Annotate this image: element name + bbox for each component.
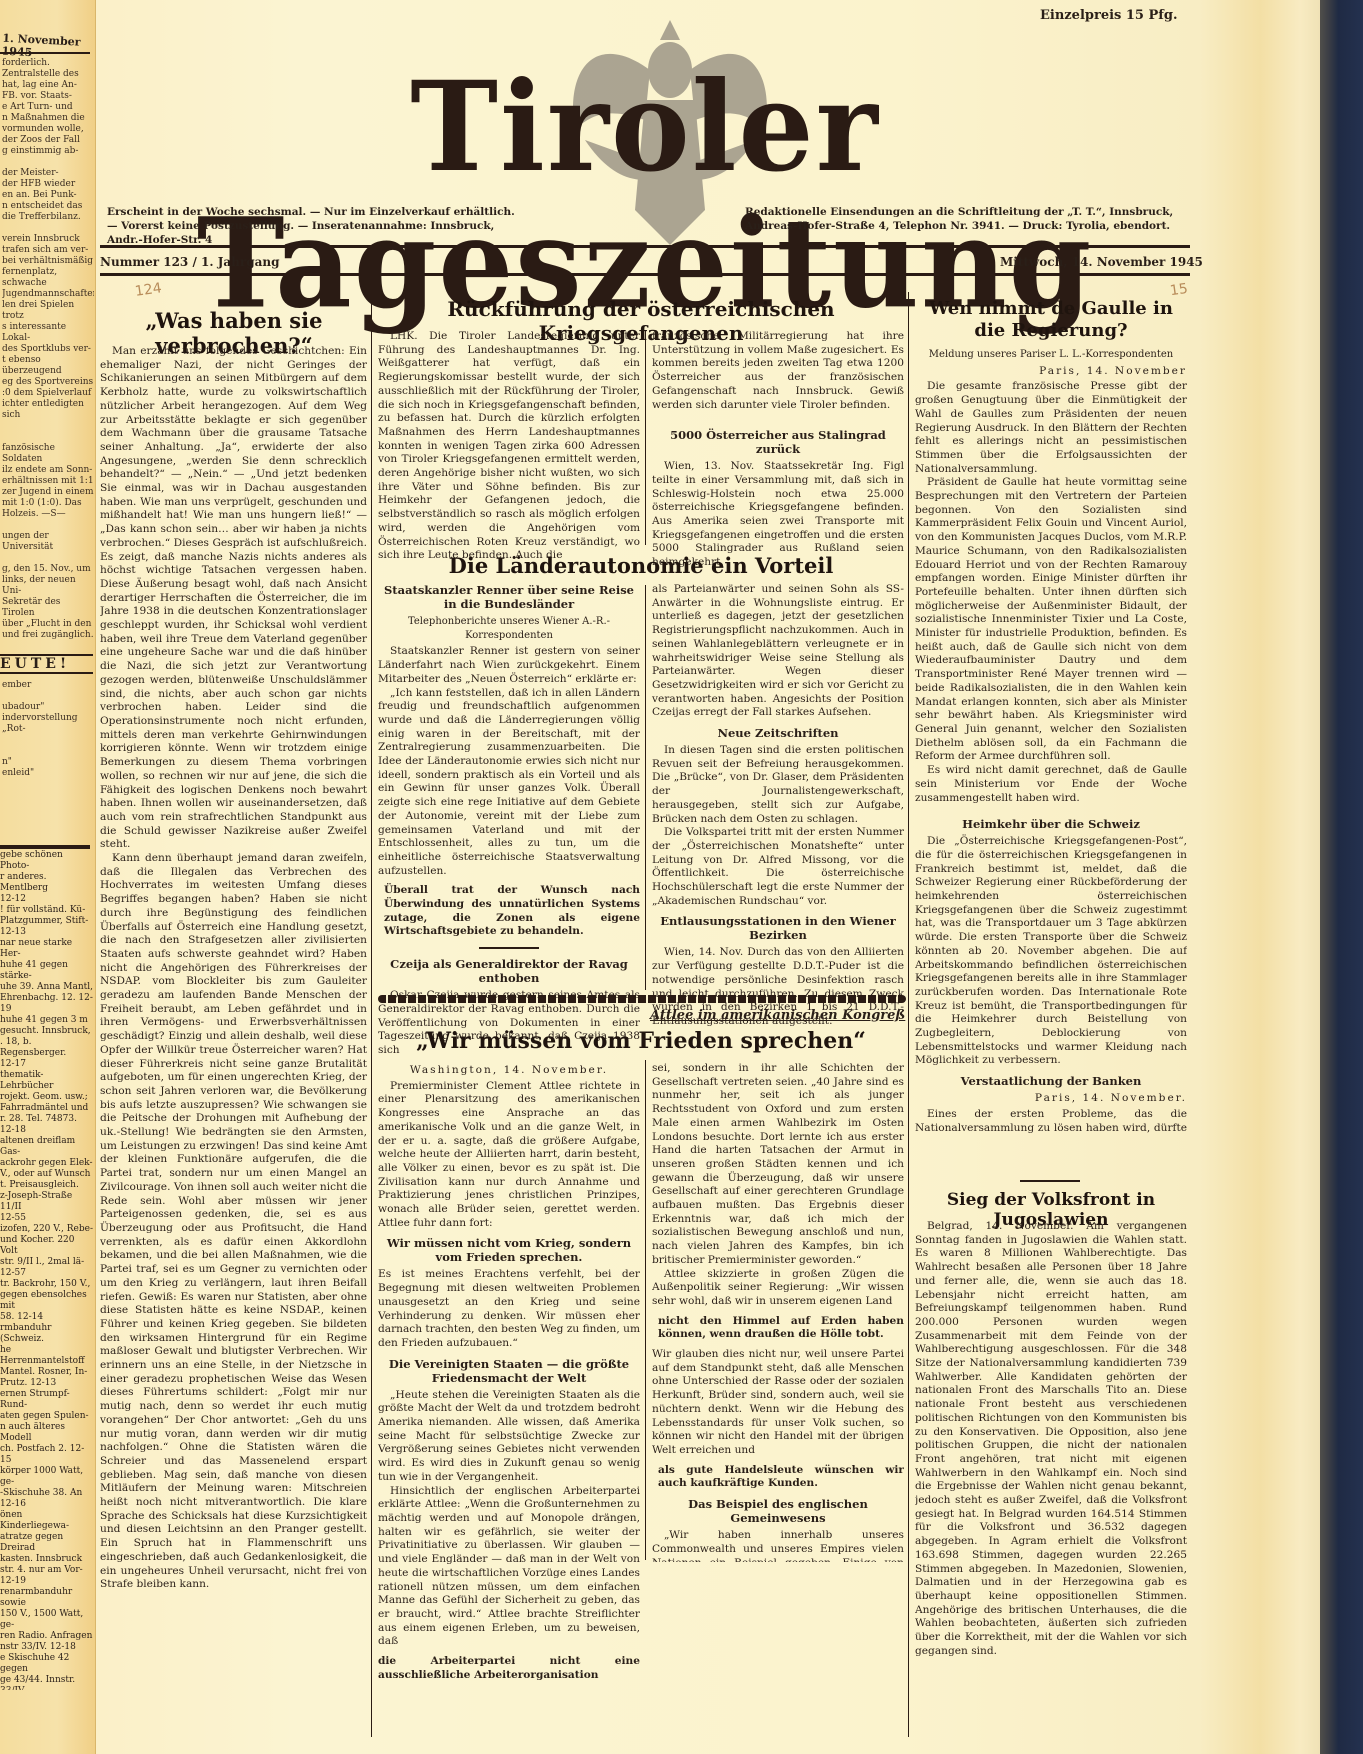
- headline-laenderautonomie: Die Länderautonomie ein Vorteil: [376, 553, 906, 578]
- paragraph: „Ich kann feststellen, daß ich in allen …: [378, 687, 640, 879]
- subheadline-banken: Verstaatlichung der Banken: [915, 1074, 1187, 1088]
- highlight-quote: nicht den Himmel auf Erden haben können,…: [658, 1315, 904, 1342]
- prev-header-rule: [0, 52, 90, 54]
- price-label: Einzelpreis 15 Pfg.: [1040, 8, 1177, 23]
- paragraph: französische Militärregierung hat ihre U…: [652, 330, 904, 412]
- subheadline-entlausung: Entlausungsstationen in den Wiener Bezir…: [652, 914, 904, 942]
- wavy-separator: [378, 995, 906, 1003]
- dateline: Paris, 14. November.: [915, 1092, 1187, 1106]
- newspaper-title: Tiroler Tageszeitung: [100, 59, 1190, 196]
- attlee-col2: sei, sondern in ihr alle Schichten der G…: [652, 1062, 904, 1562]
- laenderautonomie-col1: Staatskanzler Renner über seine Reise in…: [378, 583, 640, 1058]
- paragraph: Es wird nicht damit gerechnet, daß de Ga…: [915, 764, 1187, 805]
- headline-attlee: „Wir müssen vom Frieden sprechen“: [376, 1028, 906, 1054]
- jugoslawien-article: Belgrad, 14. November. Am vergangenen So…: [915, 1220, 1187, 1660]
- attlee-col1: Washington, 14. November. Premierministe…: [378, 1062, 640, 1722]
- paragraph: sei, sondern in ihr alle Schichten der G…: [652, 1062, 904, 1268]
- byline: Meldung unseres Pariser L. L.-Korrespond…: [915, 348, 1187, 362]
- prev-page-text-mid: ember ubadour" indervorstellung „Rot- n"…: [2, 680, 94, 830]
- subheadline-zeitschriften: Neue Zeitschriften: [652, 726, 904, 740]
- column-rule: [908, 292, 909, 1737]
- highlight-quote: als gute Handelsleute wünschen wir auch …: [658, 1464, 904, 1491]
- highlight-quote: Überall trat der Wunsch nach Überwindung…: [384, 884, 640, 939]
- prev-ads-rule: [0, 845, 90, 849]
- paragraph: LHK. Die Tiroler Landesregierung unter F…: [378, 330, 640, 563]
- paragraph: Die „Österreichische Kriegsgefangenen-Po…: [915, 835, 1187, 1068]
- subheadline-czeija: Czeija als Generaldirektor der Ravag ent…: [378, 957, 640, 985]
- book-binding: [1318, 0, 1363, 1754]
- paragraph: Hinsichtlich der englischen Arbeiterpart…: [378, 1485, 640, 1649]
- column-rule: [645, 1060, 646, 1560]
- paragraph: Präsident de Gaulle hat heute vormittag …: [915, 476, 1187, 764]
- paragraph: Es ist meines Erachtens verfehlt, bei de…: [378, 1268, 640, 1350]
- subheadline-frieden: Wir müssen nicht vom Krieg, sondern vom …: [378, 1236, 640, 1264]
- rueckfuehrung-col1: LHK. Die Tiroler Landesregierung unter F…: [378, 330, 640, 563]
- paragraph: In diesen Tagen sind die ersten politisc…: [652, 744, 904, 826]
- article-verbrochen: Man erzählt uns folgendes Geschichtchen:…: [100, 345, 367, 1620]
- column-rule: [371, 292, 372, 1737]
- degaulle-column: Meldung unseres Pariser L. L.-Korrespond…: [915, 345, 1187, 1135]
- issue-number: Nummer 123 / 1. Jahrgang: [100, 255, 280, 269]
- paragraph: Staatskanzler Renner ist gestern von sei…: [378, 645, 640, 686]
- paragraph: Wir glauben dies nicht nur, weil unsere …: [652, 1348, 904, 1458]
- column-rule: [645, 330, 646, 545]
- paragraph: Man erzählt uns folgendes Geschichtchen:…: [100, 345, 367, 852]
- separator: [479, 947, 539, 949]
- previous-page-edge: 1. November 1945 forderlich. Zentralstel…: [0, 0, 96, 1754]
- paragraph: Die Volkspartei tritt mit der ersten Num…: [652, 826, 904, 908]
- subheadline-stalingrad: 5000 Österreicher aus Stalingrad zurück: [652, 428, 904, 456]
- subheadline-schweiz: Heimkehr über die Schweiz: [915, 817, 1187, 831]
- byline: Telephonberichte unseres Wiener A.-R.-Ko…: [378, 615, 640, 642]
- publication-info: Erscheint in der Woche sechsmal. — Nur i…: [107, 205, 527, 247]
- issue-date: Mittwoch, 14. November 1945: [1000, 255, 1203, 269]
- prev-heute-banner: EUTE!: [0, 654, 93, 674]
- kicker-attlee: Attlee im amerikanischen Kongreß: [650, 1008, 905, 1023]
- masthead-rule-top: [100, 245, 1190, 248]
- headline-degaulle: Wen nimmt de Gaulle in die Regierung?: [915, 298, 1187, 342]
- column-rule: [645, 585, 646, 990]
- paragraph: Eines der ersten Probleme, das die Natio…: [915, 1108, 1187, 1135]
- paragraph: Die gesamte französische Presse gibt der…: [915, 380, 1187, 476]
- dateline: Washington, 14. November.: [378, 1064, 640, 1078]
- pencil-annotation: 15: [1169, 281, 1189, 299]
- paragraph: Belgrad, 14. November. Am vergangenen So…: [915, 1220, 1187, 1659]
- laenderautonomie-col2: als Parteianwärter und seinen Sohn als S…: [652, 583, 904, 1029]
- separator: [1020, 1180, 1080, 1182]
- dateline: Paris, 14. November: [915, 365, 1187, 379]
- classified-ads: gebe schönen Photo- r anderes. Mentlberg…: [0, 850, 93, 1690]
- paragraph: als Parteianwärter und seinen Sohn als S…: [652, 583, 904, 720]
- masthead-rule-bottom: [100, 273, 1190, 276]
- paragraph: Kann denn überhaupt jemand daran zweifel…: [100, 852, 367, 1592]
- prev-page-text-top: forderlich. Zentralstelle des hat, lag e…: [2, 58, 94, 648]
- rueckfuehrung-col2: französische Militärregierung hat ihre U…: [652, 330, 904, 570]
- editorial-info: Redaktionelle Einsendungen an die Schrif…: [745, 205, 1190, 233]
- paragraph: „Wir haben innerhalb unseres Commonwealt…: [652, 1529, 904, 1562]
- subheadline-usa: Die Vereinigten Staaten — die größte Fri…: [378, 1357, 640, 1385]
- highlight-quote: die Arbeiterpartei nicht eine ausschließ…: [378, 1655, 640, 1682]
- subheadline-renner: Staatskanzler Renner über seine Reise in…: [378, 583, 640, 611]
- paragraph: Premierminister Clement Attlee richtete …: [378, 1080, 640, 1231]
- paragraph: Attlee skizzierte in großen Zügen die Au…: [652, 1268, 904, 1309]
- paragraph: „Heute stehen die Vereinigten Staaten al…: [378, 1389, 640, 1485]
- subheadline-gemeinwesen: Das Beispiel des englischen Gemeinwesens: [652, 1497, 904, 1525]
